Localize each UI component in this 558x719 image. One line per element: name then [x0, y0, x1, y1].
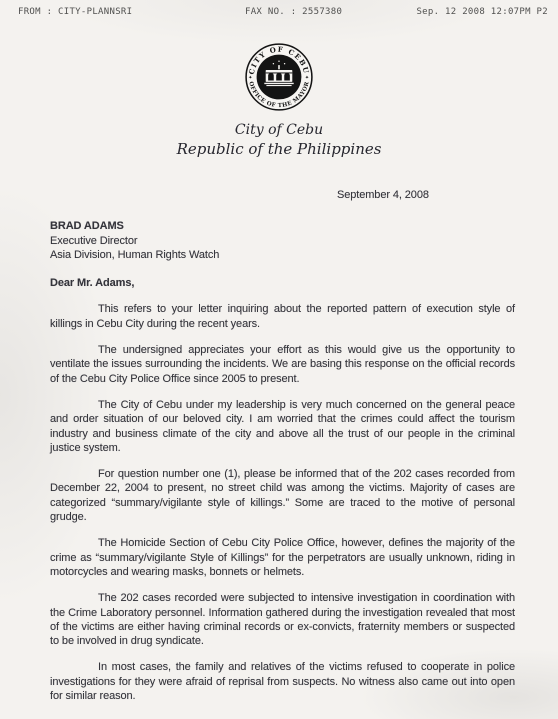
- letter-date: September 4, 2008: [50, 188, 515, 202]
- letter-paragraph: The Homicide Section of Cebu City Police…: [50, 536, 515, 579]
- letterhead-country: Republic of the Philippines: [0, 140, 558, 158]
- recipient-block: BRAD ADAMS Executive Director Asia Divis…: [50, 219, 515, 262]
- fax-timestamp: Sep. 12 2008 12:07PM P2: [416, 7, 548, 17]
- city-of-cebu-seal-icon: CITY OF CEBU OFFICE OF THE MAYOR ✦ ✦: [244, 42, 314, 112]
- recipient-name: BRAD ADAMS: [50, 219, 515, 233]
- letter-paragraph: This refers to your letter inquiring abo…: [50, 302, 515, 331]
- seal-star-right-icon: ✦: [305, 75, 309, 81]
- letter-paragraph: The undersigned appreciates your effort …: [50, 343, 515, 386]
- recipient-title: Executive Director: [50, 234, 515, 248]
- letterhead: CITY OF CEBU OFFICE OF THE MAYOR ✦ ✦ Cit…: [0, 0, 558, 158]
- letter-body: September 4, 2008 BRAD ADAMS Executive D…: [0, 188, 558, 703]
- letterhead-city-name: City of Cebu: [0, 122, 558, 138]
- recipient-org: Asia Division, Human Rights Watch: [50, 248, 515, 262]
- fax-number: FAX NO. : 2557380: [245, 7, 342, 17]
- seal-star-left-icon: ✦: [248, 75, 252, 81]
- letter-paragraph: For question number one (1), please be i…: [50, 467, 515, 524]
- fax-from: FROM : CITY-PLANNSRI: [18, 7, 132, 17]
- letter-paragraph: In most cases, the family and relatives …: [50, 660, 515, 703]
- letter-paragraph: The City of Cebu under my leadership is …: [50, 398, 515, 455]
- fax-transmission-header: FROM : CITY-PLANNSRI FAX NO. : 2557380 S…: [0, 7, 558, 21]
- salutation: Dear Mr. Adams,: [50, 276, 515, 290]
- letter-paragraph: The 202 cases recorded were subjected to…: [50, 591, 515, 648]
